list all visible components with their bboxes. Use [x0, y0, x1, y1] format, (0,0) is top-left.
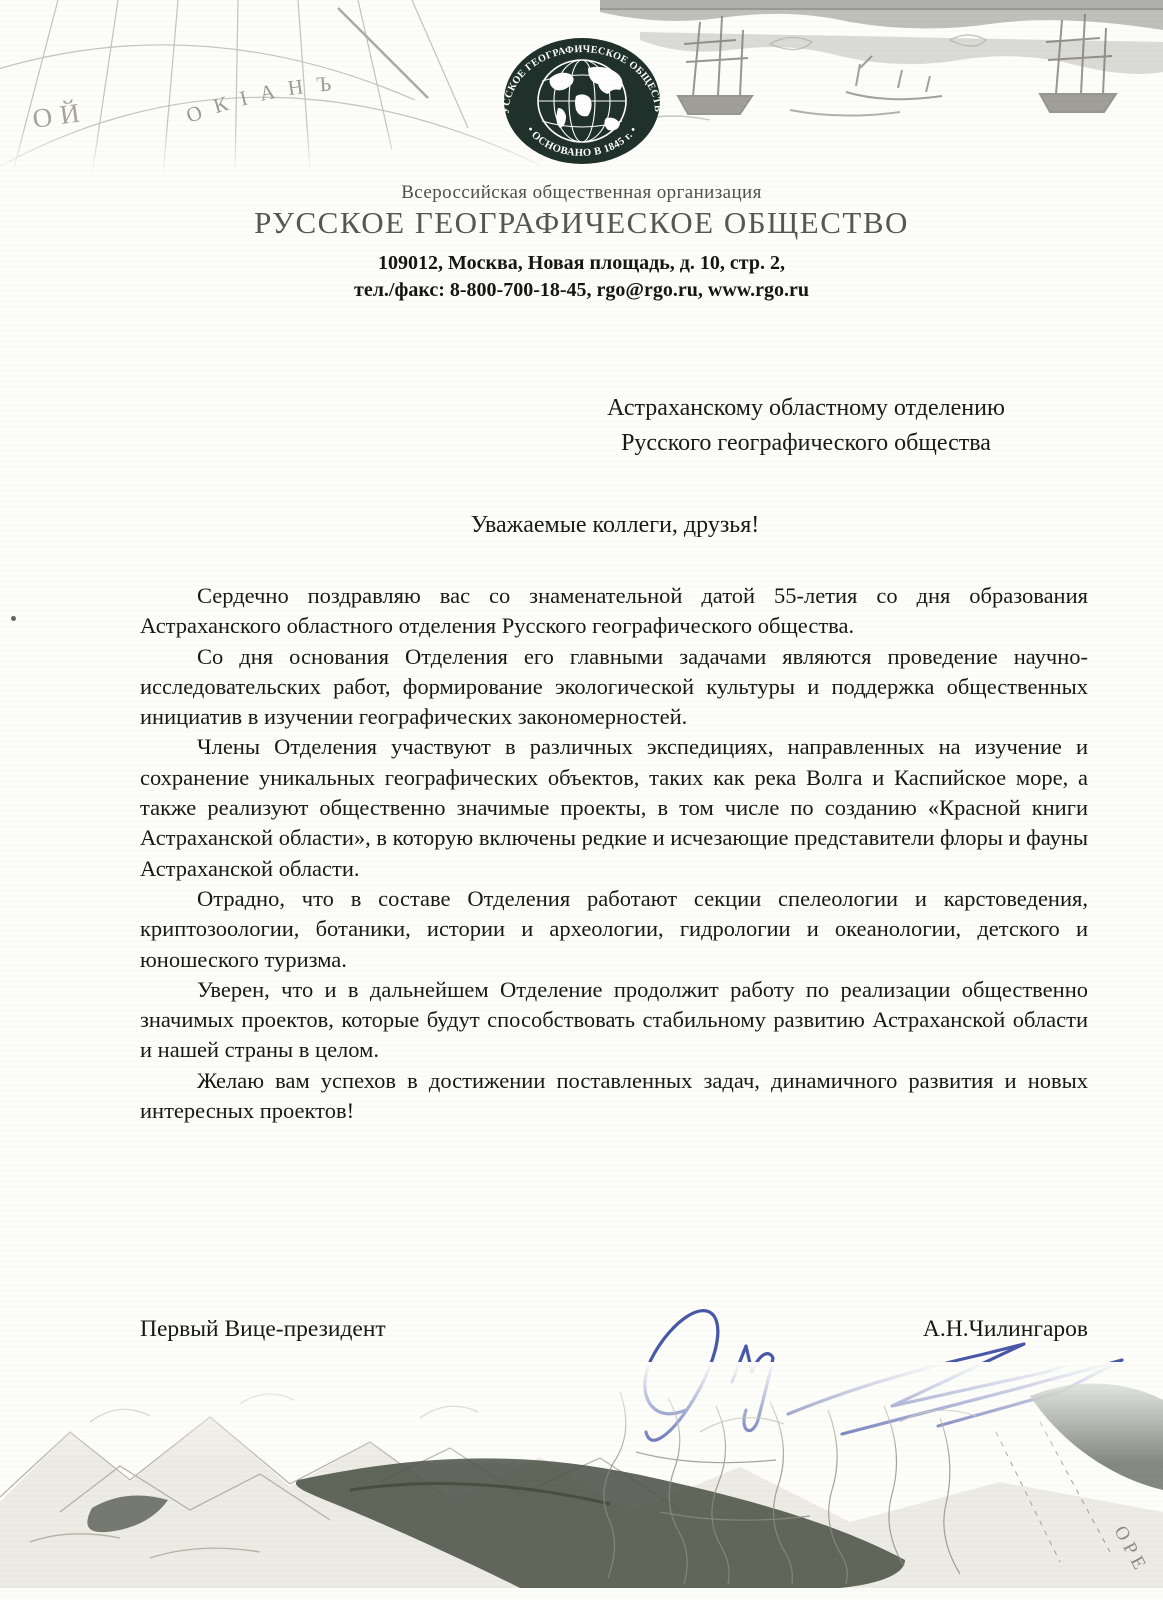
org-address-line: 109012, Москва, Новая площадь, д. 10, ст… [0, 252, 1163, 275]
signer-position: Первый Вице-президент [140, 1316, 386, 1343]
recipient-block: Астраханскому областному отделению Русск… [560, 391, 1052, 461]
org-type-line: Всероссийская общественная организация [0, 182, 1163, 204]
org-contacts-line: тел./факс: 8-800-700-18-45, rgo@rgo.ru, … [0, 279, 1163, 302]
paragraph-4: Отрадно, что в составе Отделения работаю… [140, 884, 1088, 975]
paragraph-3: Члены Отделения участвуют в различных эк… [140, 732, 1088, 883]
paragraph-2: Со дня основания Отделения его главными … [140, 642, 1088, 733]
scan-speck [11, 616, 16, 621]
letter-body: Сердечно поздравляю вас со знаменательно… [140, 581, 1088, 1126]
bottom-map-engraving: ОРЕ [0, 1362, 1163, 1588]
salutation: Уважаемые коллеги, друзья! [140, 512, 1090, 539]
recipient-line-2: Русского географического общества [560, 426, 1052, 461]
rgo-emblem-icon: РУССКОЕ ГЕОГРАФИЧЕСКОЕ ОБЩЕСТВО • ОСНОВА… [502, 36, 662, 166]
scanned-letter-page: ОКІАНЪ ОЙ [0, 0, 1163, 1600]
org-name-line: РУССКОЕ ГЕОГРАФИЧЕСКОЕ ОБЩЕСТВО [0, 205, 1163, 241]
recipient-line-1: Астраханскому областному отделению [560, 391, 1052, 426]
paragraph-1: Сердечно поздравляю вас со знаменательно… [140, 581, 1088, 642]
paragraph-5: Уверен, что и в дальнейшем Отделение про… [140, 975, 1088, 1066]
paragraph-6: Желаю вам успехов в достижении поставлен… [140, 1066, 1088, 1127]
